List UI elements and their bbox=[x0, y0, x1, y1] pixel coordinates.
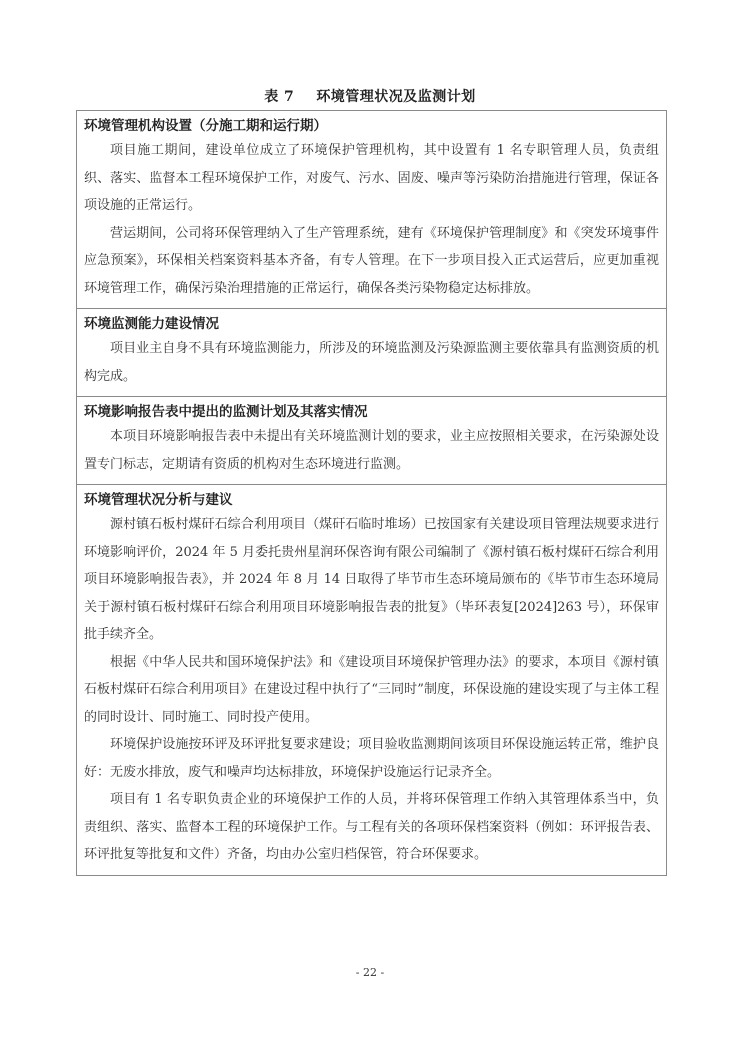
paragraph: 项目施工期间，建设单位成立了环境保护管理机构，其中设置有 1 名专职管理人员，负… bbox=[84, 137, 659, 220]
page-number: - 22 - bbox=[0, 966, 740, 979]
management-table: 环境管理机构设置（分施工期和运行期） 项目施工期间，建设单位成立了环境保护管理机… bbox=[76, 110, 667, 876]
section-title: 环境管理机构设置（分施工期和运行期） bbox=[84, 115, 659, 137]
section-monitoring-plan: 环境影响报告表中提出的监测计划及其落实情况 本项目环境影响报告表中未提出有关环境… bbox=[77, 396, 666, 484]
paragraph: 源村镇石板村煤矸石综合利用项目（煤矸石临时堆场）已按国家有关建设项目管理法规要求… bbox=[84, 511, 659, 649]
paragraph: 项目业主自身不具有环境监测能力，所涉及的环境监测及污染源监测主要依靠具有监测资质… bbox=[84, 335, 659, 390]
paragraph: 根据《中华人民共和国环境保护法》和《建设项目环境保护管理办法》的要求，本项目《源… bbox=[84, 649, 659, 732]
paragraph: 环境保护设施按环评及环评批复要求建设；项目验收监测期间该项目环保设施运转正常，维… bbox=[84, 731, 659, 786]
section-monitoring-capacity: 环境监测能力建设情况 项目业主自身不具有环境监测能力，所涉及的环境监测及污染源监… bbox=[77, 308, 666, 396]
section-title: 环境管理状况分析与建议 bbox=[84, 489, 659, 511]
paragraph: 本项目环境影响报告表中未提出有关环境监测计划的要求，业主应按照相关要求，在污染源… bbox=[84, 423, 659, 478]
section-title: 环境影响报告表中提出的监测计划及其落实情况 bbox=[84, 401, 659, 423]
table-title: 环境管理状况及监测计划 bbox=[316, 89, 476, 105]
table-caption: 表 7环境管理状况及监测计划 bbox=[0, 86, 740, 106]
section-management-organization: 环境管理机构设置（分施工期和运行期） 项目施工期间，建设单位成立了环境保护管理机… bbox=[77, 111, 666, 308]
paragraph: 营运期间，公司将环保管理纳入了生产管理系统，建有《环境保护管理制度》和《突发环境… bbox=[84, 220, 659, 303]
section-title: 环境监测能力建设情况 bbox=[84, 313, 659, 335]
paragraph: 项目有 1 名专职负责企业的环境保护工作的人员，并将环保管理工作纳入其管理体系当… bbox=[84, 786, 659, 869]
table-number: 表 7 bbox=[264, 89, 294, 105]
section-analysis-suggestions: 环境管理状况分析与建议 源村镇石板村煤矸石综合利用项目（煤矸石临时堆场）已按国家… bbox=[77, 484, 666, 875]
